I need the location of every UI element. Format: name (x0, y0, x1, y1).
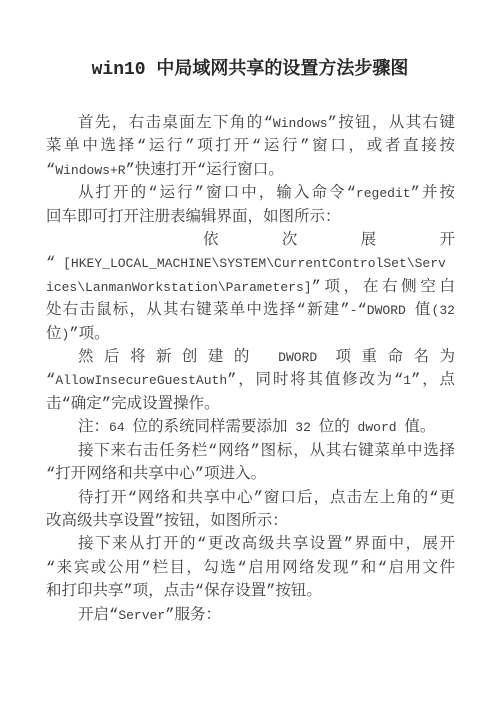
paragraph: 从打开的“运行”窗口中，输入命令“regedit”并按回车即可打开注册表编辑界面… (46, 182, 455, 229)
text-line: 和打印共享”项，点击“保存设置”按钮。 (46, 580, 455, 603)
latin-text: 64 (109, 420, 132, 435)
text-line: “打开网络和共享中心”项进入。 (46, 463, 455, 486)
latin-text: - (350, 303, 358, 318)
text-line: 击“确定”完成设置操作。 (46, 393, 455, 416)
latin-text: Windows (273, 116, 328, 131)
latin-text: [HKEY_LOCAL_MACHINE\SYSTEM\CurrentContro… (55, 256, 446, 271)
latin-text: Windows+R (55, 163, 125, 178)
text-line: “ [HKEY_LOCAL_MACHINE\SYSTEM\CurrentCont… (46, 252, 455, 275)
text-line: 开启“Server”服务： (46, 604, 455, 627)
text-line: 接下来右击任务栏“网络”图标，从其右键菜单中选择 (46, 440, 455, 463)
text-line: 然后将新创建的 DWORD 项重命名为 (46, 346, 455, 369)
latin-text: dword (350, 420, 405, 435)
latin-text: 32 (287, 420, 318, 435)
latin-text: ices\LanmanWorkstation\Parameters] (46, 280, 312, 295)
text-line: 接下来从打开的“更改高级共享设置”界面中，展开 (46, 533, 455, 556)
latin-text: ) (62, 327, 70, 342)
text-line: 依次展开 (46, 229, 455, 252)
document-body: 首先，右击桌面左下角的“Windows”按钮，从其右键菜单中选择“运行”项打开“… (46, 112, 455, 627)
paragraph: 待打开“网络和共享中心”窗口后，点击左上角的“更改高级共享设置”按钮，如图所示： (46, 487, 455, 534)
latin-text: regedit (356, 186, 411, 201)
text-line: 处右击鼠标，从其右键菜单中选择“新建”-“DWORD 值(32 (46, 299, 455, 322)
text-line: 待打开“网络和共享中心”窗口后，点击左上角的“更 (46, 487, 455, 510)
paragraph: 接下来从打开的“更改高级共享设置”界面中，展开“来宾或公用”栏目，勾选“启用网络… (46, 533, 455, 603)
text-line: 位)”项。 (46, 323, 455, 346)
text-line: 菜单中选择“运行”项打开“运行”窗口，或者直接按 (46, 135, 455, 158)
paragraph: 然后将新创建的 DWORD 项重命名为“AllowInsecureGuestAu… (46, 346, 455, 416)
paragraph: 开启“Server”服务： (46, 604, 455, 627)
document-page: win10 中局域网共享的设置方法步骤图 首先，右击桌面左下角的“Windows… (0, 0, 500, 707)
text-line: ices\LanmanWorkstation\Parameters]”项，在右侧… (46, 276, 455, 299)
paragraph: 接下来右击任务栏“网络”图标，从其右键菜单中选择“打开网络和共享中心”项进入。 (46, 440, 455, 487)
paragraph: 注：64 位的系统同样需要添加 32 位的 dword 值。 (46, 416, 455, 439)
text-line: “AllowInsecureGuestAuth”，同时将其值修改为“1”，点 (46, 369, 455, 392)
paragraph: 依次展开“ [HKEY_LOCAL_MACHINE\SYSTEM\Current… (46, 229, 455, 346)
text-line: 注：64 位的系统同样需要添加 32 位的 dword 值。 (46, 416, 455, 439)
text-line: 改高级共享设置”按钮，如图所示： (46, 510, 455, 533)
latin-text: AllowInsecureGuestAuth (55, 373, 227, 388)
latin-text: 1 (403, 373, 411, 388)
latin-text: Server (118, 608, 165, 623)
text-line: “Windows+R”快速打开“运行窗口。 (46, 159, 455, 182)
document-title: win10 中局域网共享的设置方法步骤图 (0, 0, 500, 84)
latin-text: DWORD (260, 350, 336, 365)
latin-text: (32 (432, 303, 455, 318)
paragraph: 首先，右击桌面左下角的“Windows”按钮，从其右键菜单中选择“运行”项打开“… (46, 112, 455, 182)
text-line: “来宾或公用”栏目，勾选“启用网络发现”和“启用文件 (46, 557, 455, 580)
text-line: 首先，右击桌面左下角的“Windows”按钮，从其右键 (46, 112, 455, 135)
text-line: 从打开的“运行”窗口中，输入命令“regedit”并按 (46, 182, 455, 205)
text-line: 回车即可打开注册表编辑界面，如图所示： (46, 206, 455, 229)
latin-text: DWORD (367, 303, 415, 318)
